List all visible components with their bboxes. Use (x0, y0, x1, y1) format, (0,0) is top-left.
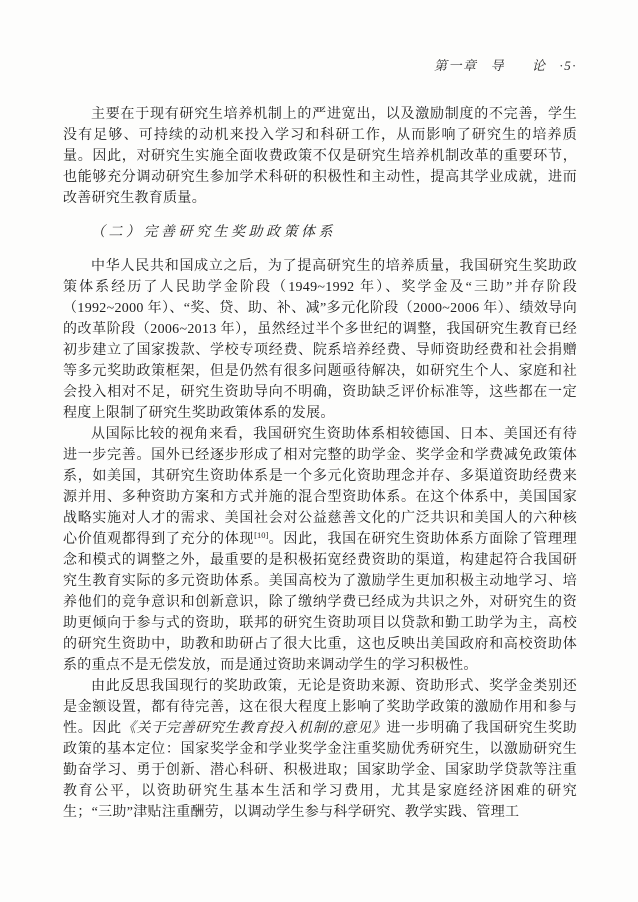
book-page: 第一章导论·5· 主要在于现有研究生培养机制上的严进宽出，以及激励制度的不完善，… (0, 0, 638, 902)
page-body: 主要在于现有研究生培养机制上的严进宽出，以及激励制度的不完善，学生没有足够、可持… (63, 104, 577, 823)
cited-document-title: 《关于完善研究生教育投入机制的意见》 (122, 721, 387, 736)
chapter-title-part: 论 (532, 58, 547, 73)
citation-ref: [10] (254, 530, 268, 540)
chapter-title-part: 导 (490, 58, 505, 73)
chapter-label: 第一章 (434, 58, 478, 73)
paragraph-intro: 主要在于现有研究生培养机制上的严进宽出，以及激励制度的不完善，学生没有足够、可持… (63, 104, 577, 209)
running-header: 第一章导论·5· (63, 55, 577, 74)
section-heading: （二）完善研究生奖助政策体系 (63, 222, 577, 243)
page-number: ·5· (560, 58, 578, 73)
paragraph-reflection: 由此反思我国现行的奖助政策，无论是资助来源、资助形式、奖学金类别还是金额设置，都… (63, 676, 577, 823)
paragraph-text: 从国际比较的视角来看，我国研究生资助体系相较德国、日本、美国还有待进一步完善。国… (63, 427, 577, 547)
paragraph-history: 中华人民共和国成立之后，为了提高研究生的培养质量，我国研究生奖助政策体系经历了人… (63, 256, 577, 424)
paragraph-international: 从国际比较的视角来看，我国研究生资助体系相较德国、日本、美国还有待进一步完善。国… (63, 424, 577, 676)
paragraph-text: 。因此，我国在研究生资助体系方面除了管理理念和模式的调整之外，最重要的是积极拓宽… (63, 532, 577, 673)
